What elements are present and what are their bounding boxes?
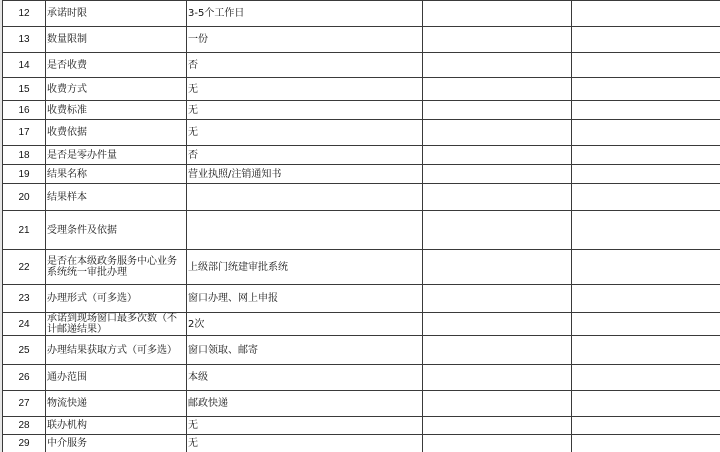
row-number-cell[interactable]: 24: [3, 313, 46, 336]
table-row: 19结果名称营业执照/注销通知书: [3, 165, 720, 184]
empty-cell[interactable]: [423, 120, 572, 146]
empty-cell[interactable]: [423, 313, 572, 336]
row-number-cell[interactable]: 26: [3, 365, 46, 391]
row-number-cell[interactable]: 21: [3, 211, 46, 250]
item-value-cell[interactable]: 否: [187, 53, 423, 78]
table-row: 17收费依据无: [3, 120, 720, 146]
row-number-cell[interactable]: 27: [3, 391, 46, 417]
item-label-cell[interactable]: 收费依据: [46, 120, 187, 146]
empty-cell[interactable]: [423, 27, 572, 53]
empty-cell[interactable]: [572, 435, 720, 452]
item-label-cell[interactable]: 承诺时限: [46, 1, 187, 27]
item-label-cell[interactable]: 结果名称: [46, 165, 187, 184]
table-row: 26通办范围本级: [3, 365, 720, 391]
item-label-cell[interactable]: 物流快递: [46, 391, 187, 417]
row-number-cell[interactable]: 16: [3, 101, 46, 120]
empty-cell[interactable]: [423, 165, 572, 184]
row-number-cell[interactable]: 25: [3, 336, 46, 365]
empty-cell[interactable]: [423, 1, 572, 27]
empty-cell[interactable]: [572, 1, 720, 27]
empty-cell[interactable]: [423, 78, 572, 101]
row-number-cell[interactable]: 13: [3, 27, 46, 53]
empty-cell[interactable]: [572, 365, 720, 391]
row-number-cell[interactable]: 18: [3, 146, 46, 165]
item-label-cell[interactable]: 收费标准: [46, 101, 187, 120]
empty-cell[interactable]: [572, 211, 720, 250]
table-row: 28联办机构无: [3, 417, 720, 435]
item-value-cell[interactable]: 3-5个工作日: [187, 1, 423, 27]
empty-cell[interactable]: [572, 146, 720, 165]
table-row: 16收费标准无: [3, 101, 720, 120]
item-value-cell[interactable]: 无: [187, 101, 423, 120]
empty-cell[interactable]: [423, 250, 572, 285]
empty-cell[interactable]: [423, 184, 572, 211]
row-number-cell[interactable]: 17: [3, 120, 46, 146]
row-number-cell[interactable]: 29: [3, 435, 46, 452]
item-label-cell[interactable]: 是否在本级政务服务中心业务系统统一审批办理: [46, 250, 187, 285]
item-label-cell[interactable]: 是否是零办件量: [46, 146, 187, 165]
empty-cell[interactable]: [572, 53, 720, 78]
empty-cell[interactable]: [572, 101, 720, 120]
item-label-cell[interactable]: 数量限制: [46, 27, 187, 53]
table-row: 22是否在本级政务服务中心业务系统统一审批办理上级部门统建审批系统: [3, 250, 720, 285]
empty-cell[interactable]: [423, 417, 572, 435]
empty-cell[interactable]: [572, 391, 720, 417]
empty-cell[interactable]: [572, 27, 720, 53]
table-row: 21受理条件及依据: [3, 211, 720, 250]
empty-cell[interactable]: [423, 336, 572, 365]
row-number-cell[interactable]: 20: [3, 184, 46, 211]
table-row: 18是否是零办件量否: [3, 146, 720, 165]
item-label-cell[interactable]: 通办范围: [46, 365, 187, 391]
empty-cell[interactable]: [423, 285, 572, 313]
table-row: 27物流快递邮政快递: [3, 391, 720, 417]
empty-cell[interactable]: [572, 78, 720, 101]
empty-cell[interactable]: [572, 250, 720, 285]
empty-cell[interactable]: [572, 120, 720, 146]
item-value-cell[interactable]: 窗口办理、网上申报: [187, 285, 423, 313]
empty-cell[interactable]: [423, 53, 572, 78]
empty-cell[interactable]: [572, 336, 720, 365]
row-number-cell[interactable]: 28: [3, 417, 46, 435]
row-number-cell[interactable]: 15: [3, 78, 46, 101]
item-value-cell[interactable]: 上级部门统建审批系统: [187, 250, 423, 285]
empty-cell[interactable]: [572, 285, 720, 313]
empty-cell[interactable]: [572, 313, 720, 336]
row-number-cell[interactable]: 22: [3, 250, 46, 285]
item-value-cell[interactable]: 营业执照/注销通知书: [187, 165, 423, 184]
empty-cell[interactable]: [423, 101, 572, 120]
empty-cell[interactable]: [572, 165, 720, 184]
empty-cell[interactable]: [423, 146, 572, 165]
row-number-cell[interactable]: 12: [3, 1, 46, 27]
spreadsheet-body: 12承诺时限3-5个工作日13数量限制一份14是否收费否15收费方式无16收费标…: [3, 1, 720, 452]
item-label-cell[interactable]: 办理形式（可多选）: [46, 285, 187, 313]
table-row: 24承诺到现场窗口最多次数（不计邮递结果）2次: [3, 313, 720, 336]
table-row: 12承诺时限3-5个工作日: [3, 1, 720, 27]
row-number-cell[interactable]: 19: [3, 165, 46, 184]
item-label-cell[interactable]: 承诺到现场窗口最多次数（不计邮递结果）: [46, 313, 187, 336]
empty-cell[interactable]: [423, 211, 572, 250]
empty-cell[interactable]: [423, 391, 572, 417]
item-label-cell[interactable]: 办理结果获取方式（可多选）: [46, 336, 187, 365]
item-value-cell[interactable]: 邮政快递: [187, 391, 423, 417]
item-value-cell[interactable]: 一份: [187, 27, 423, 53]
empty-cell[interactable]: [572, 417, 720, 435]
empty-cell[interactable]: [423, 435, 572, 452]
table-row: 25办理结果获取方式（可多选）窗口领取、邮寄: [3, 336, 720, 365]
item-label-cell[interactable]: 结果样本: [46, 184, 187, 211]
item-value-cell[interactable]: 无: [187, 120, 423, 146]
spreadsheet-table: 12承诺时限3-5个工作日13数量限制一份14是否收费否15收费方式无16收费标…: [2, 0, 720, 452]
item-value-cell[interactable]: 窗口领取、邮寄: [187, 336, 423, 365]
row-number-cell[interactable]: 23: [3, 285, 46, 313]
table-row: 13数量限制一份: [3, 27, 720, 53]
item-label-cell[interactable]: 收费方式: [46, 78, 187, 101]
item-value-cell[interactable]: 否: [187, 146, 423, 165]
item-value-cell[interactable]: 无: [187, 78, 423, 101]
item-label-cell[interactable]: 中介服务: [46, 435, 187, 452]
item-value-cell[interactable]: 无: [187, 417, 423, 435]
item-label-cell[interactable]: 是否收费: [46, 53, 187, 78]
table-row: 15收费方式无: [3, 78, 720, 101]
row-number-cell[interactable]: 14: [3, 53, 46, 78]
item-value-cell[interactable]: 2次: [187, 313, 423, 336]
table-row: 14是否收费否: [3, 53, 720, 78]
item-value-cell[interactable]: [187, 211, 423, 250]
table-row: 23办理形式（可多选）窗口办理、网上申报: [3, 285, 720, 313]
item-label-cell[interactable]: 联办机构: [46, 417, 187, 435]
table-row: 20结果样本: [3, 184, 720, 211]
item-value-cell[interactable]: 本级: [187, 365, 423, 391]
table-row: 29中介服务无: [3, 435, 720, 452]
item-value-cell[interactable]: 无: [187, 435, 423, 452]
empty-cell[interactable]: [423, 365, 572, 391]
item-value-cell[interactable]: [187, 184, 423, 211]
empty-cell[interactable]: [572, 184, 720, 211]
item-label-cell[interactable]: 受理条件及依据: [46, 211, 187, 250]
